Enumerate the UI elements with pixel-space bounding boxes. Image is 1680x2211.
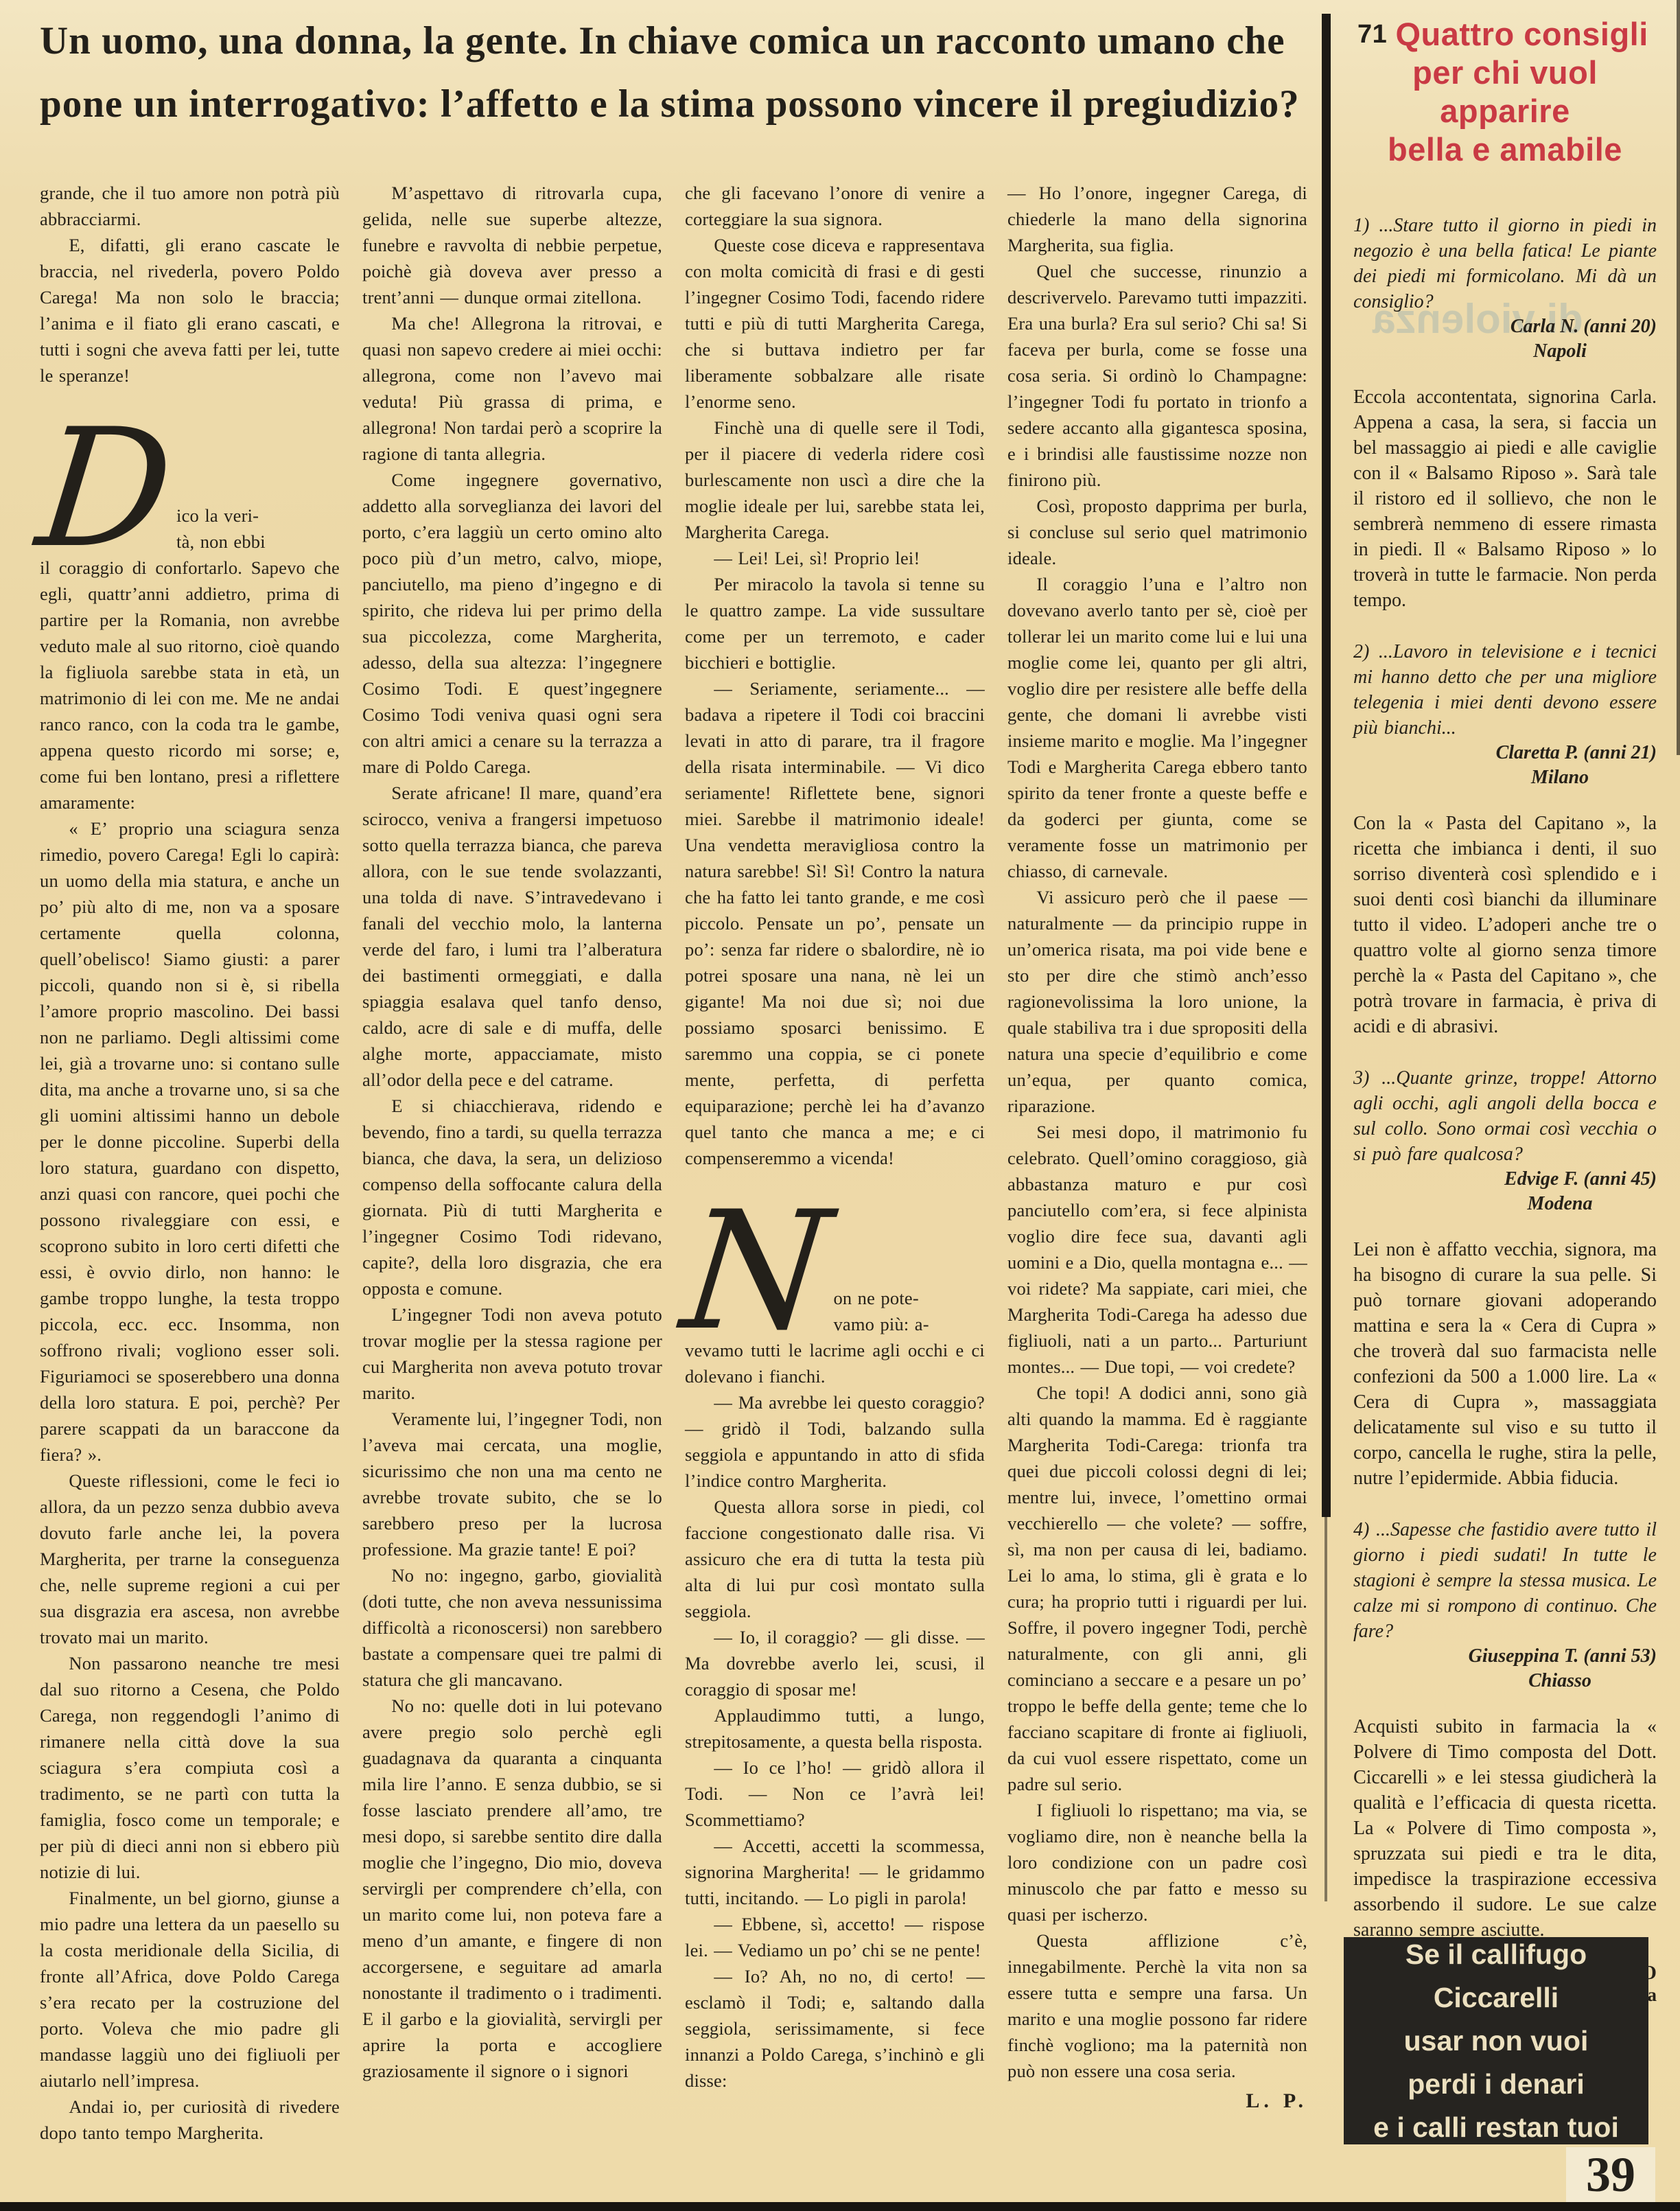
- question-signer-2: Claretta P. (anni 21): [1353, 741, 1657, 765]
- question-place-2: Milano: [1353, 765, 1657, 790]
- sidebar-number: 71: [1357, 15, 1387, 54]
- callifugo-ad-box: Se il callifugo Ciccarelli usar non vuoi…: [1344, 1937, 1648, 2144]
- author-initials: L. P.: [1007, 2088, 1307, 2114]
- paragraph: « E’ proprio una sciagura senza rimedio,…: [40, 815, 340, 1468]
- drop-cap-letter-D: D: [33, 424, 183, 555]
- question-signer-3: Edvige F. (anni 45): [1353, 1167, 1657, 1192]
- paragraph: No no: ingegno, garbo, giovialità (doti …: [362, 1562, 662, 1693]
- paragraph: Questa afflizione c’è, innegabilmente. P…: [1007, 1928, 1307, 2084]
- advice-sidebar: 71 Quattro consigli per chi vuol apparir…: [1353, 15, 1657, 2006]
- page-number: 39: [1566, 2147, 1655, 2202]
- article-headline: Un uomo, una donna, la gente. In chiave …: [40, 10, 1311, 136]
- paragraph: No no: quelle doti in lui potevano avere…: [362, 1693, 662, 2084]
- lead-line: ico la veri-: [176, 502, 266, 529]
- paragraph: — Accetti, accetti la scommessa, signori…: [685, 1833, 985, 1911]
- expert-answer-2: Con la « Pasta del Capitano », la ricett…: [1353, 811, 1657, 1039]
- paragraph: — Ma avrebbe lei questo coraggio? — grid…: [685, 1389, 985, 1494]
- paragraph: Questa allora sorse in piedi, col faccio…: [685, 1494, 985, 1624]
- sidebar-title: 71 Quattro consigli per chi vuol apparir…: [1353, 15, 1657, 169]
- column-divider-rule-lower: [1325, 1517, 1327, 1901]
- sidebar-title-line-1: Quattro consigli: [1395, 16, 1648, 52]
- ad-line-3: perdi i denari: [1344, 2063, 1648, 2106]
- paragraph: Applaudimmo tutti, a lungo, strepitosame…: [685, 1702, 985, 1755]
- article-column-2: M’aspettavo di ritrovarla cupa, gelida, …: [362, 180, 662, 2181]
- article-body: grande, che il tuo amore non potrà più a…: [40, 180, 1309, 2181]
- paragraph: — Ebbene, sì, accetto! — rispose lei. — …: [685, 1911, 985, 1963]
- paragraph: E si chiacchierava, ridendo e bevendo, f…: [362, 1093, 662, 1301]
- paragraph: Non passarono neanche tre mesi dal suo r…: [40, 1650, 340, 1885]
- paragraph: Così, proposto dapprima per burla, si co…: [1007, 493, 1307, 571]
- paragraph: Serate africane! Il mare, quand’era scir…: [362, 780, 662, 1093]
- article-column-4: — Ho l’onore, ingegner Carega, di chiede…: [1007, 180, 1307, 2181]
- paragraph: E, difatti, gli erano cascate le braccia…: [40, 232, 340, 389]
- paragraph: M’aspettavo di ritrovarla cupa, gelida, …: [362, 180, 662, 310]
- expert-answer-4: Acquisti subito in farmacia la « Polvere…: [1353, 1714, 1657, 1943]
- paragraph: I figliuoli lo rispettano; ma via, se vo…: [1007, 1797, 1307, 1928]
- page-edge-line: [1677, 0, 1680, 755]
- reader-question-4: 4) ...Sapesse che fastidio avere tutto i…: [1353, 1517, 1657, 1644]
- ad-line-2: usar non vuoi: [1344, 2019, 1648, 2063]
- article-column-1: grande, che il tuo amore non potrà più a…: [40, 180, 340, 2181]
- drop-cap-letter-N: N: [678, 1207, 840, 1337]
- lead-line: tà, non ebbi: [176, 529, 266, 555]
- paragraph: — Seriamente, seriamente... — badava a r…: [685, 675, 985, 1171]
- paragraph: Queste cose diceva e rappresentava con m…: [685, 232, 985, 415]
- paragraph: — Lei! Lei, sì! Proprio lei!: [685, 545, 985, 571]
- paragraph: — Ho l’onore, ingegner Carega, di chiede…: [1007, 180, 1307, 258]
- paragraph: Il coraggio l’una e l’altro non dovevano…: [1007, 571, 1307, 884]
- reader-question-1: 1) ...Stare tutto il giorno in piedi in …: [1353, 213, 1657, 314]
- question-place-3: Modena: [1353, 1192, 1657, 1216]
- expert-answer-1: Eccola accontentata, signorina Carla. Ap…: [1353, 384, 1657, 613]
- ad-line-4: e i calli restan tuoi: [1344, 2106, 1648, 2149]
- paragraph: Vi assicuro però che il paese — naturalm…: [1007, 884, 1307, 1119]
- column-divider-rule: [1322, 14, 1331, 1517]
- paragraph: Sei mesi dopo, il matrimonio fu celebrat…: [1007, 1119, 1307, 1380]
- headline-line-2: pone un interrogativo: l’affetto e la st…: [40, 73, 1311, 136]
- paragraph: — Io ce l’ho! — gridò allora il Todi. — …: [685, 1755, 985, 1833]
- paragraph: Andai io, per curiosità di rivedere dopo…: [40, 2094, 340, 2146]
- drop-cap-block: D ico la veri- tà, non ebbi: [40, 424, 340, 555]
- paragraph: L’ingegner Todi non aveva potuto trovar …: [362, 1301, 662, 1406]
- paragraph: grande, che il tuo amore non potrà più a…: [40, 180, 340, 232]
- ad-line-1: Se il callifugo Ciccarelli: [1344, 1933, 1648, 2019]
- paragraph: Come ingegnere governativo, addetto alla…: [362, 467, 662, 780]
- sidebar-title-line-2: per chi vuol apparire: [1412, 54, 1598, 129]
- paragraph: il coraggio di confortarlo. Sapevo che e…: [40, 555, 340, 815]
- paragraph: Finalmente, un bel giorno, giunse a mio …: [40, 1885, 340, 2094]
- page-bottom-rule: [0, 2202, 1680, 2211]
- lead-line: on ne pote-: [833, 1285, 929, 1311]
- question-signer-4: Giuseppina T. (anni 53): [1353, 1644, 1657, 1669]
- paragraph: che gli facevano l’onore di venire a cor…: [685, 180, 985, 232]
- magazine-page: { "headline": { "line1": "Un uomo, una d…: [0, 0, 1680, 2211]
- expert-answer-3: Lei non è affatto vecchia, signora, ma h…: [1353, 1237, 1657, 1491]
- lead-line: vamo più: a-: [833, 1311, 929, 1337]
- paragraph: Queste riflessioni, come le feci io allo…: [40, 1468, 340, 1650]
- reader-question-2: 2) ...Lavoro in televisione e i tecnici …: [1353, 639, 1657, 741]
- sidebar-title-line-3: bella e amabile: [1388, 131, 1622, 167]
- paragraph: Ma che! Allegrona la ritrovai, e quasi n…: [362, 310, 662, 467]
- headline-line-1: Un uomo, una donna, la gente. In chiave …: [40, 10, 1311, 73]
- question-signer-1: Carla N. (anni 20): [1353, 314, 1657, 339]
- reader-question-3: 3) ...Quante grinze, troppe! Attorno agl…: [1353, 1065, 1657, 1167]
- paragraph: Quel che successe, rinunzio a descriverv…: [1007, 258, 1307, 493]
- drop-cap-lead: ico la veri- tà, non ebbi: [176, 502, 266, 555]
- paragraph: Che topi! A dodici anni, sono già alti q…: [1007, 1380, 1307, 1797]
- drop-cap-lead: on ne pote- vamo più: a-: [833, 1285, 929, 1337]
- paragraph: Veramente lui, l’ingegner Todi, non l’av…: [362, 1406, 662, 1562]
- question-place-1: Napoli: [1353, 339, 1657, 364]
- question-place-4: Chiasso: [1353, 1669, 1657, 1693]
- paragraph: — Io? Ah, no no, di certo! — esclamò il …: [685, 1963, 985, 2094]
- paragraph: Per miracolo la tavola si tenne su le qu…: [685, 571, 985, 675]
- drop-cap-block: N on ne pote- vamo più: a-: [685, 1207, 985, 1337]
- paragraph: Finchè una di quelle sere il Todi, per i…: [685, 415, 985, 545]
- paragraph: — Io, il coraggio? — gli disse. — Ma dov…: [685, 1624, 985, 1702]
- article-column-3: che gli facevano l’onore di venire a cor…: [685, 180, 985, 2181]
